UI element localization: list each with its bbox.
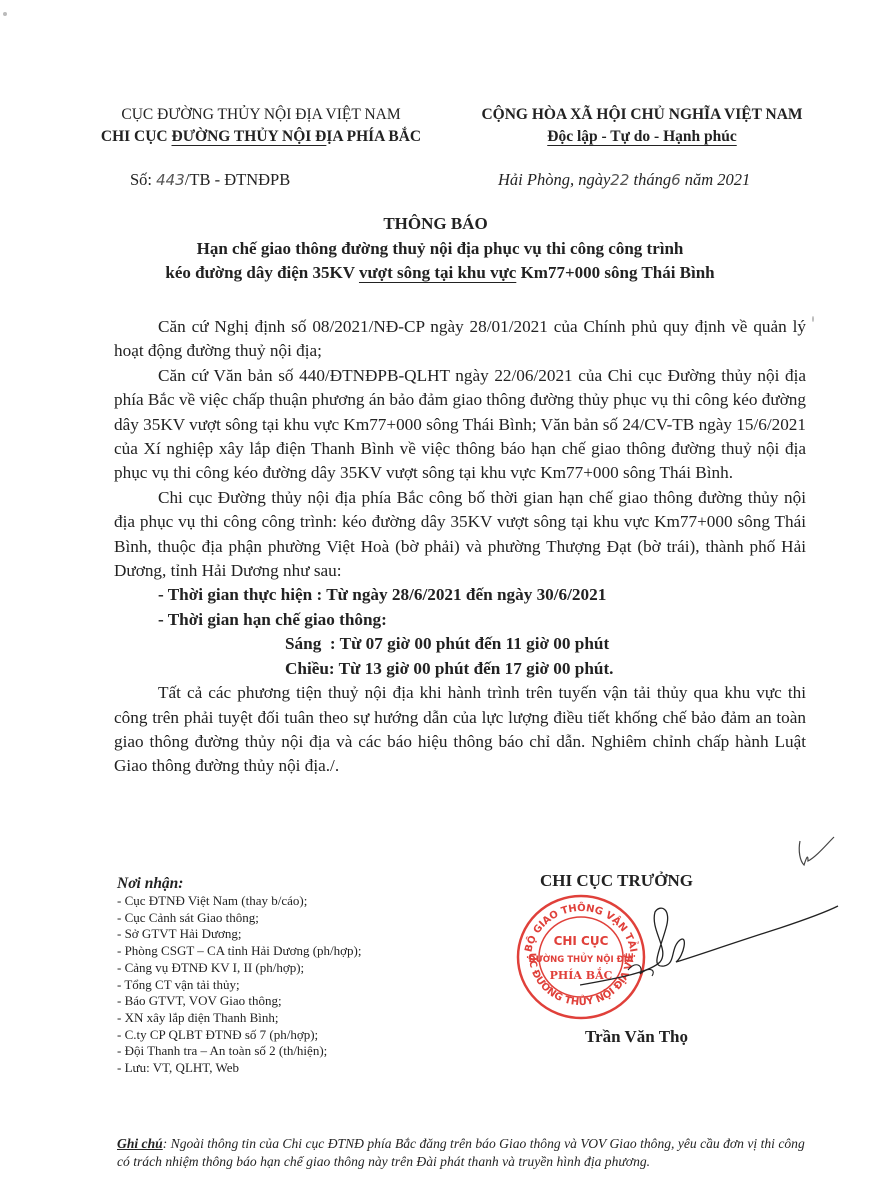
recipient-item: - Sở GTVT Hải Dương; xyxy=(117,926,361,943)
signer-name: Trần Văn Thọ xyxy=(585,1027,688,1047)
recipient-item: - Cục Cảnh sát Giao thông; xyxy=(117,910,361,927)
legal-basis-2: Căn cứ Văn bản số 440/ĐTNĐPB-QLHT ngày 2… xyxy=(114,364,806,486)
footnote-label: Ghi chú xyxy=(117,1136,163,1151)
morning-window: Sáng : Từ 07 giờ 00 phút đến 11 giờ 00 p… xyxy=(114,632,806,656)
implementation-time: - Thời gian thực hiện : Từ ngày 28/6/202… xyxy=(114,583,806,607)
scan-speck xyxy=(812,316,814,322)
handwritten-day: 22 xyxy=(610,171,629,189)
recipient-item: - XN xây lắp điện Thanh Bình; xyxy=(117,1010,361,1027)
handwritten-signature-icon xyxy=(580,900,840,990)
recipient-item: - C.ty CP QLBT ĐTNĐ số 7 (ph/hợp); xyxy=(117,1027,361,1044)
afternoon-window: Chiều: Từ 13 giờ 00 phút đến 17 giờ 00 p… xyxy=(114,657,806,681)
signer-title: CHI CỤC TRƯỞNG xyxy=(540,871,693,891)
footnote: Ghi chú: Ngoài thông tin của Chi cục ĐTN… xyxy=(117,1135,807,1171)
restriction-heading: - Thời gian hạn chế giao thông: xyxy=(114,608,806,632)
recipients-list: Nơi nhận: - Cục ĐTNĐ Việt Nam (thay b/cá… xyxy=(117,875,361,1077)
recipient-item: - Phòng CSGT – CA tỉnh Hải Dương (ph/hợp… xyxy=(117,943,361,960)
national-motto: Độc lập - Tự do - Hạnh phúc xyxy=(547,128,736,145)
recipient-item: - Tổng CT vận tải thủy; xyxy=(117,977,361,994)
closing-paragraph: Tất cả các phương tiện thuỷ nội địa khi … xyxy=(114,681,806,779)
recipient-item: - Đội Thanh tra – An toàn số 2 (th/hiện)… xyxy=(117,1043,361,1060)
recipients-heading: Nơi nhận: xyxy=(117,875,361,893)
recipient-item: - Cục ĐTNĐ Việt Nam (thay b/cáo); xyxy=(117,893,361,910)
document-title: THÔNG BÁO xyxy=(0,214,871,234)
handwritten-mark-icon xyxy=(796,835,836,870)
document-number: Số: 443/TB - ĐTNĐPB xyxy=(130,170,290,190)
handwritten-number: 443 xyxy=(156,171,185,189)
announcement-paragraph: Chi cục Đường thủy nội địa phía Bắc công… xyxy=(114,486,806,584)
handwritten-month: 6 xyxy=(671,171,681,189)
agency-name: CHI CỤC ĐƯỜNG THỦY NỘI ĐỊA PHÍA BẮC xyxy=(68,126,454,148)
recipient-items: - Cục ĐTNĐ Việt Nam (thay b/cáo);- Cục C… xyxy=(117,893,361,1077)
issuing-agency: CỤC ĐƯỜNG THỦY NỘI ĐỊA VIỆT NAM CHI CỤC … xyxy=(68,104,454,148)
document-subtitle: Hạn chế giao thông đường thuỷ nội địa ph… xyxy=(100,237,780,285)
recipient-item: - Cảng vụ ĐTNĐ KV I, II (ph/hợp); xyxy=(117,960,361,977)
recipient-item: - Lưu: VT, QLHT, Web xyxy=(117,1060,361,1077)
legal-basis-1: Căn cứ Nghị định số 08/2021/NĐ-CP ngày 2… xyxy=(114,315,806,364)
scan-speck xyxy=(3,12,7,16)
national-header: CỘNG HÒA XÃ HỘI CHỦ NGHĨA VIỆT NAM Độc l… xyxy=(452,104,832,148)
issue-date: Hải Phòng, ngày22 tháng6 năm 2021 xyxy=(498,170,750,190)
document-body: Căn cứ Nghị định số 08/2021/NĐ-CP ngày 2… xyxy=(114,315,806,779)
country-name: CỘNG HÒA XÃ HỘI CHỦ NGHĨA VIỆT NAM xyxy=(452,104,832,126)
recipient-item: - Báo GTVT, VOV Giao thông; xyxy=(117,993,361,1010)
parent-agency: CỤC ĐƯỜNG THỦY NỘI ĐỊA VIỆT NAM xyxy=(68,104,454,126)
